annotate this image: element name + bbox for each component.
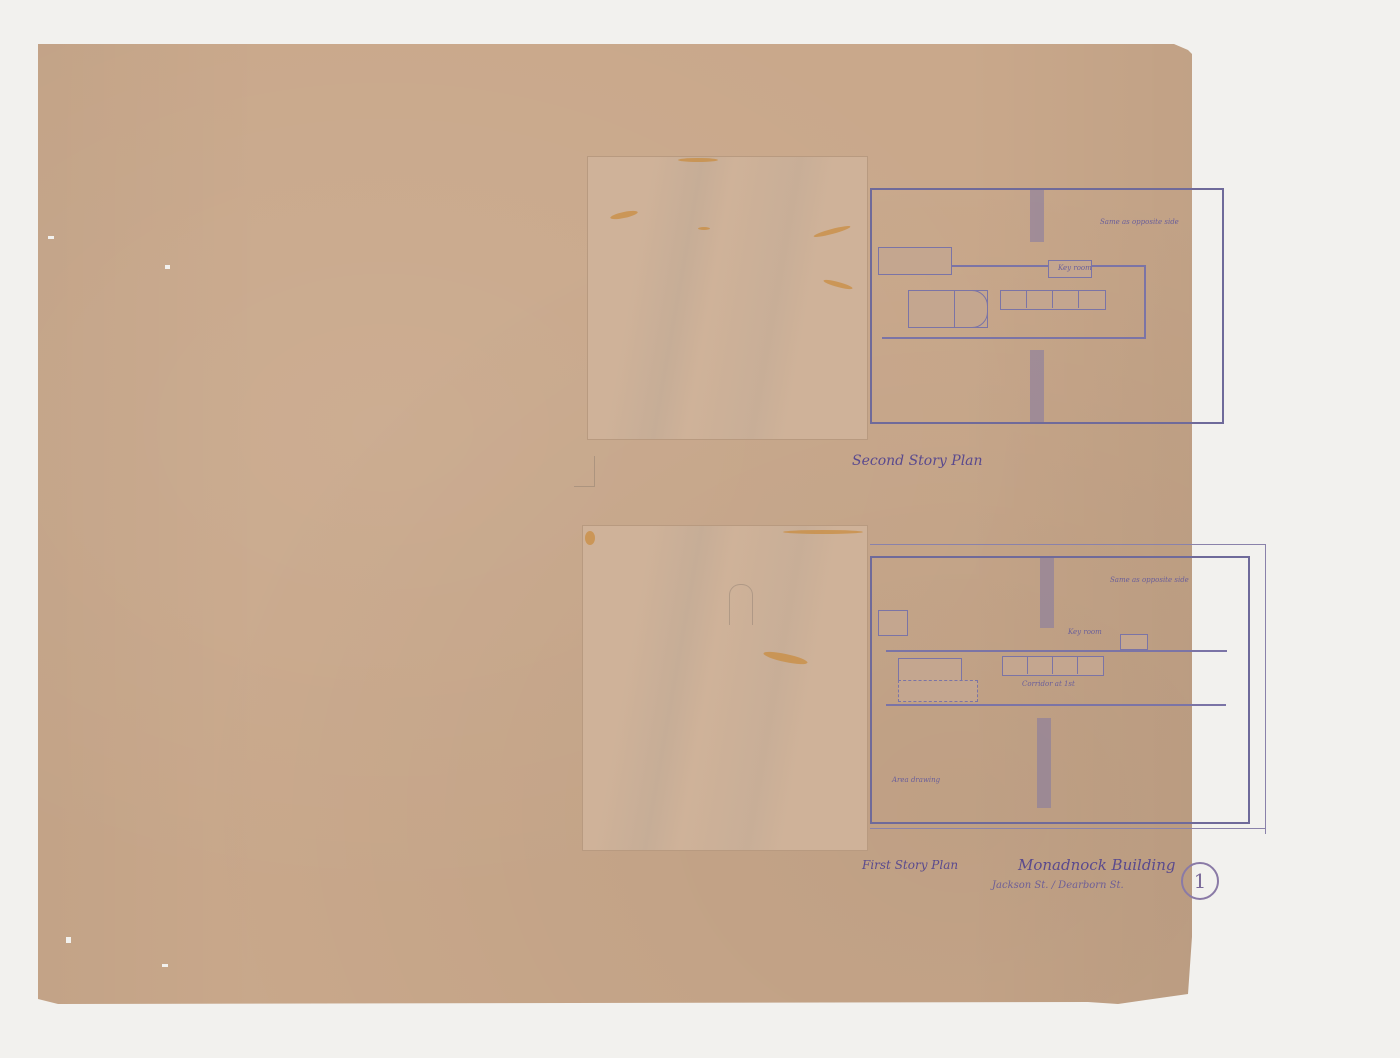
first-story-plan: Corridor at 1st Same as opposite side Ke… [870, 556, 1250, 824]
plan-note: Corridor at 1st [1022, 680, 1075, 688]
plan-note: Same as opposite side [1110, 576, 1189, 584]
drawing-subtitle: Jackson St. / Dearborn St. [992, 880, 1124, 891]
plan-note: Same as opposite side [1100, 218, 1179, 226]
plan-note: Key room [1058, 264, 1092, 272]
overlay-tissue-lower [582, 525, 868, 851]
sheet-number-badge: 1 [1181, 862, 1219, 900]
overlay-tissue-upper [587, 156, 868, 440]
plan-note: Key room [1068, 628, 1102, 636]
second-story-caption: Second Story Plan [852, 453, 983, 469]
drawing-title: Monadnock Building [1018, 856, 1176, 874]
plan-note: Area drawing [892, 776, 940, 784]
paper-tear [66, 937, 71, 943]
pencil-corner-mark [574, 456, 595, 487]
first-story-caption: First Story Plan [862, 858, 958, 872]
paper-tear [165, 265, 170, 269]
second-story-plan: Same as opposite side Key room [870, 188, 1224, 424]
paper-tear [162, 964, 168, 967]
paper-tear [48, 236, 54, 239]
